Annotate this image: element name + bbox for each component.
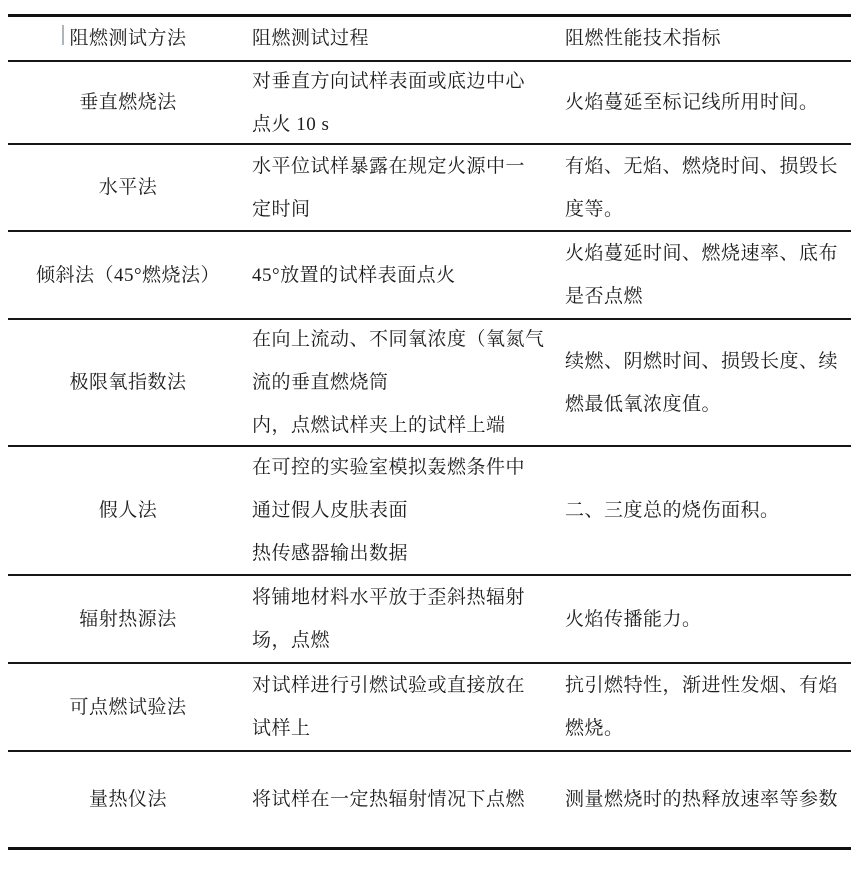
process-text: 试样上 (252, 707, 563, 750)
indicator-text: 是否点燃 (565, 275, 851, 318)
process-cell: 将铺地材料水平放于歪斜热辐射 场，点燃 (248, 576, 563, 662)
process-text: 热传感器输出数据 (252, 532, 563, 575)
method-cell: 极限氧指数法 (8, 320, 248, 445)
table-row: 假人法 在可控的实验室模拟轰燃条件中 通过假人皮肤表面 热传感器输出数据 二、三… (8, 447, 851, 576)
method-text: 垂直燃烧法 (8, 81, 248, 124)
indicator-cell: 抗引燃特性，渐进性发烟、有焰 燃烧。 (563, 664, 851, 750)
process-text: 将铺地材料水平放于歪斜热辐射 (252, 576, 563, 619)
process-text: 将试样在一定热辐射情况下点燃 (252, 778, 563, 821)
header-method: 阻燃测试方法 (8, 17, 248, 60)
process-text: 水平位试样暴露在规定火源中一 (252, 145, 563, 188)
process-cell: 对试样进行引燃试验或直接放在 试样上 (248, 664, 563, 750)
process-text: 45°放置的试样表面点火 (252, 254, 563, 297)
process-cell: 对垂直方向试样表面或底边中心 点火 10 s (248, 62, 563, 143)
method-text: 可点燃试验法 (8, 686, 248, 729)
header-process: 阻燃测试过程 (248, 17, 563, 60)
process-text: 对垂直方向试样表面或底边中心 (252, 60, 563, 103)
method-text: 极限氧指数法 (8, 361, 248, 404)
indicator-cell: 续燃、阴燃时间、损毁长度、续 燃最低氧浓度值。 (563, 320, 851, 445)
table-row: 倾斜法（45°燃烧法） 45°放置的试样表面点火 火焰蔓延时间、燃烧速率、底布 … (8, 232, 851, 320)
process-text: 通过假人皮肤表面 (252, 489, 563, 532)
table-row: 极限氧指数法 在向上流动、不同氧浓度（氧氮气 流的垂直燃烧筒 内，点燃试样夹上的… (8, 320, 851, 447)
process-cell: 将试样在一定热辐射情况下点燃 (248, 752, 563, 847)
method-text: 水平法 (8, 166, 248, 209)
process-text: 场，点燃 (252, 619, 563, 662)
indicator-text: 火焰蔓延至标记线所用时间。 (565, 81, 851, 124)
table-row: 量热仪法 将试样在一定热辐射情况下点燃 测量燃烧时的热释放速率等参数 (8, 752, 851, 847)
process-text: 点火 10 s (252, 103, 563, 146)
indicator-cell: 火焰传播能力。 (563, 576, 851, 662)
process-text: 内，点燃试样夹上的试样上端 (252, 404, 563, 447)
indicator-cell: 二、三度总的烧伤面积。 (563, 447, 851, 574)
method-text: 量热仪法 (8, 778, 248, 821)
table-row: 辐射热源法 将铺地材料水平放于歪斜热辐射 场，点燃 火焰传播能力。 (8, 576, 851, 664)
flame-retardant-test-table: 阻燃测试方法 阻燃测试过程 阻燃性能技术指标 垂直燃烧法 对垂直方向试样表面或底… (8, 14, 851, 850)
indicator-cell: 火焰蔓延至标记线所用时间。 (563, 62, 851, 143)
table-row: 水平法 水平位试样暴露在规定火源中一 定时间 有焰、无焰、燃烧时间、损毁长 度等… (8, 145, 851, 232)
indicator-text: 测量燃烧时的热释放速率等参数 (565, 778, 851, 821)
table-row: 垂直燃烧法 对垂直方向试样表面或底边中心 点火 10 s 火焰蔓延至标记线所用时… (8, 62, 851, 145)
indicator-text: 燃最低氧浓度值。 (565, 383, 851, 426)
method-text: 辐射热源法 (8, 598, 248, 641)
process-text: 在向上流动、不同氧浓度（氧氮气 (252, 318, 563, 361)
indicator-text: 抗引燃特性，渐进性发烟、有焰 (565, 664, 851, 707)
method-cell: 垂直燃烧法 (8, 62, 248, 143)
indicator-cell: 有焰、无焰、燃烧时间、损毁长 度等。 (563, 145, 851, 230)
indicator-text: 燃烧。 (565, 707, 851, 750)
table-header-row: 阻燃测试方法 阻燃测试过程 阻燃性能技术指标 (8, 17, 851, 62)
process-text: 流的垂直燃烧筒 (252, 361, 563, 404)
indicator-cell: 测量燃烧时的热释放速率等参数 (563, 752, 851, 847)
indicator-text: 续燃、阴燃时间、损毁长度、续 (565, 340, 851, 383)
table-row: 可点燃试验法 对试样进行引燃试验或直接放在 试样上 抗引燃特性，渐进性发烟、有焰… (8, 664, 851, 752)
indicator-text: 火焰蔓延时间、燃烧速率、底布 (565, 232, 851, 275)
indicator-text: 二、三度总的烧伤面积。 (565, 489, 851, 532)
header-process-label: 阻燃测试过程 (252, 27, 563, 51)
indicator-text: 火焰传播能力。 (565, 598, 851, 641)
method-cell: 可点燃试验法 (8, 664, 248, 750)
header-method-label: 阻燃测试方法 (8, 27, 248, 51)
process-cell: 水平位试样暴露在规定火源中一 定时间 (248, 145, 563, 230)
method-cell: 倾斜法（45°燃烧法） (8, 232, 248, 318)
process-text: 对试样进行引燃试验或直接放在 (252, 664, 563, 707)
method-text: 假人法 (8, 489, 248, 532)
process-text: 在可控的实验室模拟轰燃条件中 (252, 446, 563, 489)
process-text: 定时间 (252, 188, 563, 231)
document-page: 阻燃测试方法 阻燃测试过程 阻燃性能技术指标 垂直燃烧法 对垂直方向试样表面或底… (0, 0, 859, 873)
method-cell: 辐射热源法 (8, 576, 248, 662)
method-cell: 水平法 (8, 145, 248, 230)
indicator-text: 度等。 (565, 188, 851, 231)
method-cell: 假人法 (8, 447, 248, 574)
process-cell: 在可控的实验室模拟轰燃条件中 通过假人皮肤表面 热传感器输出数据 (248, 447, 563, 574)
header-indicator-label: 阻燃性能技术指标 (565, 27, 851, 51)
header-indicator: 阻燃性能技术指标 (563, 17, 851, 60)
process-cell: 在向上流动、不同氧浓度（氧氮气 流的垂直燃烧筒 内，点燃试样夹上的试样上端 (248, 320, 563, 445)
process-cell: 45°放置的试样表面点火 (248, 232, 563, 318)
method-text: 倾斜法（45°燃烧法） (8, 254, 248, 297)
method-cell: 量热仪法 (8, 752, 248, 847)
indicator-text: 有焰、无焰、燃烧时间、损毁长 (565, 145, 851, 188)
indicator-cell: 火焰蔓延时间、燃烧速率、底布 是否点燃 (563, 232, 851, 318)
